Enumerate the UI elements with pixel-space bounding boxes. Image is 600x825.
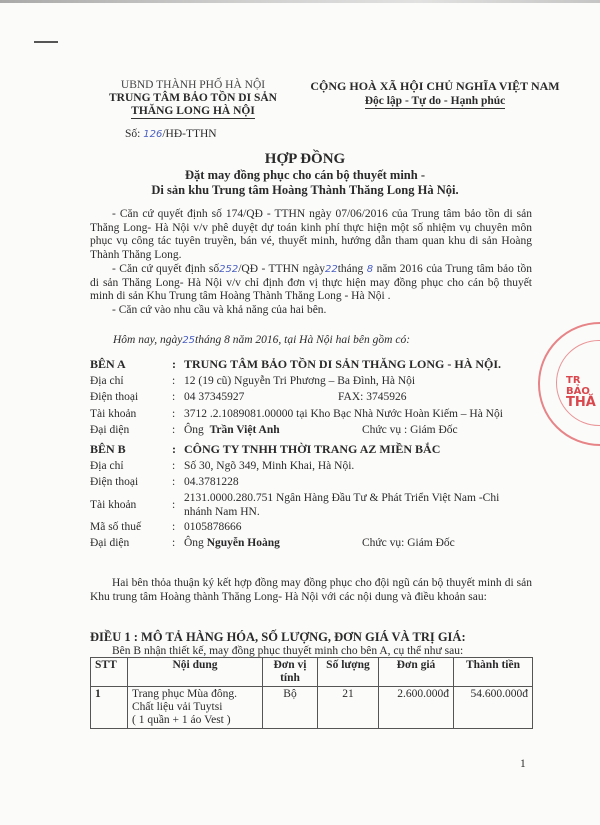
party-b: BÊN B:CÔNG TY TNHH THỜI TRANG AZ MIỀN BẮ… <box>90 441 535 552</box>
handwritten-number: 126 <box>143 129 162 140</box>
party-a-name: TRUNG TÂM BẢO TỒN DI SẢN THĂNG LONG - HÀ… <box>184 356 535 373</box>
issuer-name: TRUNG TÂM BẢO TỒN DI SẢN <box>98 92 288 105</box>
table-row: 1 Trang phục Mùa đông.Chất liệu vải Tuyt… <box>91 687 533 729</box>
party-a: BÊN A:TRUNG TÂM BẢO TỒN DI SẢN THĂNG LON… <box>90 356 535 439</box>
issuer-parent: UBND THÀNH PHỐ HÀ NỘI <box>98 79 288 92</box>
document-title: HỢP ĐỒNG Đặt may đồng phục cho cán bộ th… <box>80 150 530 198</box>
nation-header: CỘNG HOÀ XÃ HỘI CHỦ NGHĨA VIỆT NAM Độc l… <box>300 79 570 109</box>
title-sub-1: Đặt may đồng phục cho cán bộ thuyết minh… <box>80 168 530 183</box>
margin-mark <box>34 41 58 43</box>
page-number: 1 <box>520 758 526 770</box>
agreement-text: Hai bên thỏa thuận ký kết hợp đồng may đ… <box>90 577 532 604</box>
party-b-name: CÔNG TY TNHH THỜI TRANG AZ MIỀN BẮC <box>184 441 535 458</box>
scan-edge <box>0 0 600 3</box>
title-sub-2: Di sản khu Trung tâm Hoàng Thành Thăng L… <box>80 183 530 198</box>
items-table: STT Nội dung Đơn vị tính Số lượng Đơn gi… <box>90 657 533 729</box>
stamp-text: TR BẢO THĂ <box>566 375 596 408</box>
nation-motto: Độc lập - Tự do - Hạnh phúc <box>365 94 506 109</box>
party-a-rep: Trần Việt Anh <box>210 424 280 436</box>
table-header-row: STT Nội dung Đơn vị tính Số lượng Đơn gi… <box>91 658 533 687</box>
party-b-rep: Nguyễn Hoàng <box>207 537 280 549</box>
basis-1: - Căn cứ quyết định số 174/QĐ - TTHN ngà… <box>90 208 532 263</box>
issuer-header: UBND THÀNH PHỐ HÀ NỘI TRUNG TÂM BẢO TỒN … <box>98 79 288 119</box>
basis-2: - Căn cứ quyết định số252/QĐ - TTHN ngày… <box>90 263 532 304</box>
legal-basis: - Căn cứ quyết định số 174/QĐ - TTHN ngà… <box>90 208 532 318</box>
nation-title: CỘNG HOÀ XÃ HỘI CHỦ NGHĨA VIỆT NAM <box>300 79 570 93</box>
contract-date: Hôm nay, ngày25tháng 8 năm 2016, tại Hà … <box>113 334 410 346</box>
title-main: HỢP ĐỒNG <box>80 150 530 168</box>
issuer-name-2: THĂNG LONG HÀ NỘI <box>131 105 255 119</box>
article-1-intro: Bên B nhận thiết kế, may đồng phục thuyế… <box>112 645 463 657</box>
document-number: Số: 126/HĐ-TTHN <box>125 128 217 140</box>
article-1-title: ĐIỀU 1 : MÔ TẢ HÀNG HÓA, SỐ LƯỢNG, ĐƠN G… <box>90 630 466 645</box>
basis-3: - Căn cứ vào nhu cầu và khả năng của hai… <box>90 304 532 318</box>
